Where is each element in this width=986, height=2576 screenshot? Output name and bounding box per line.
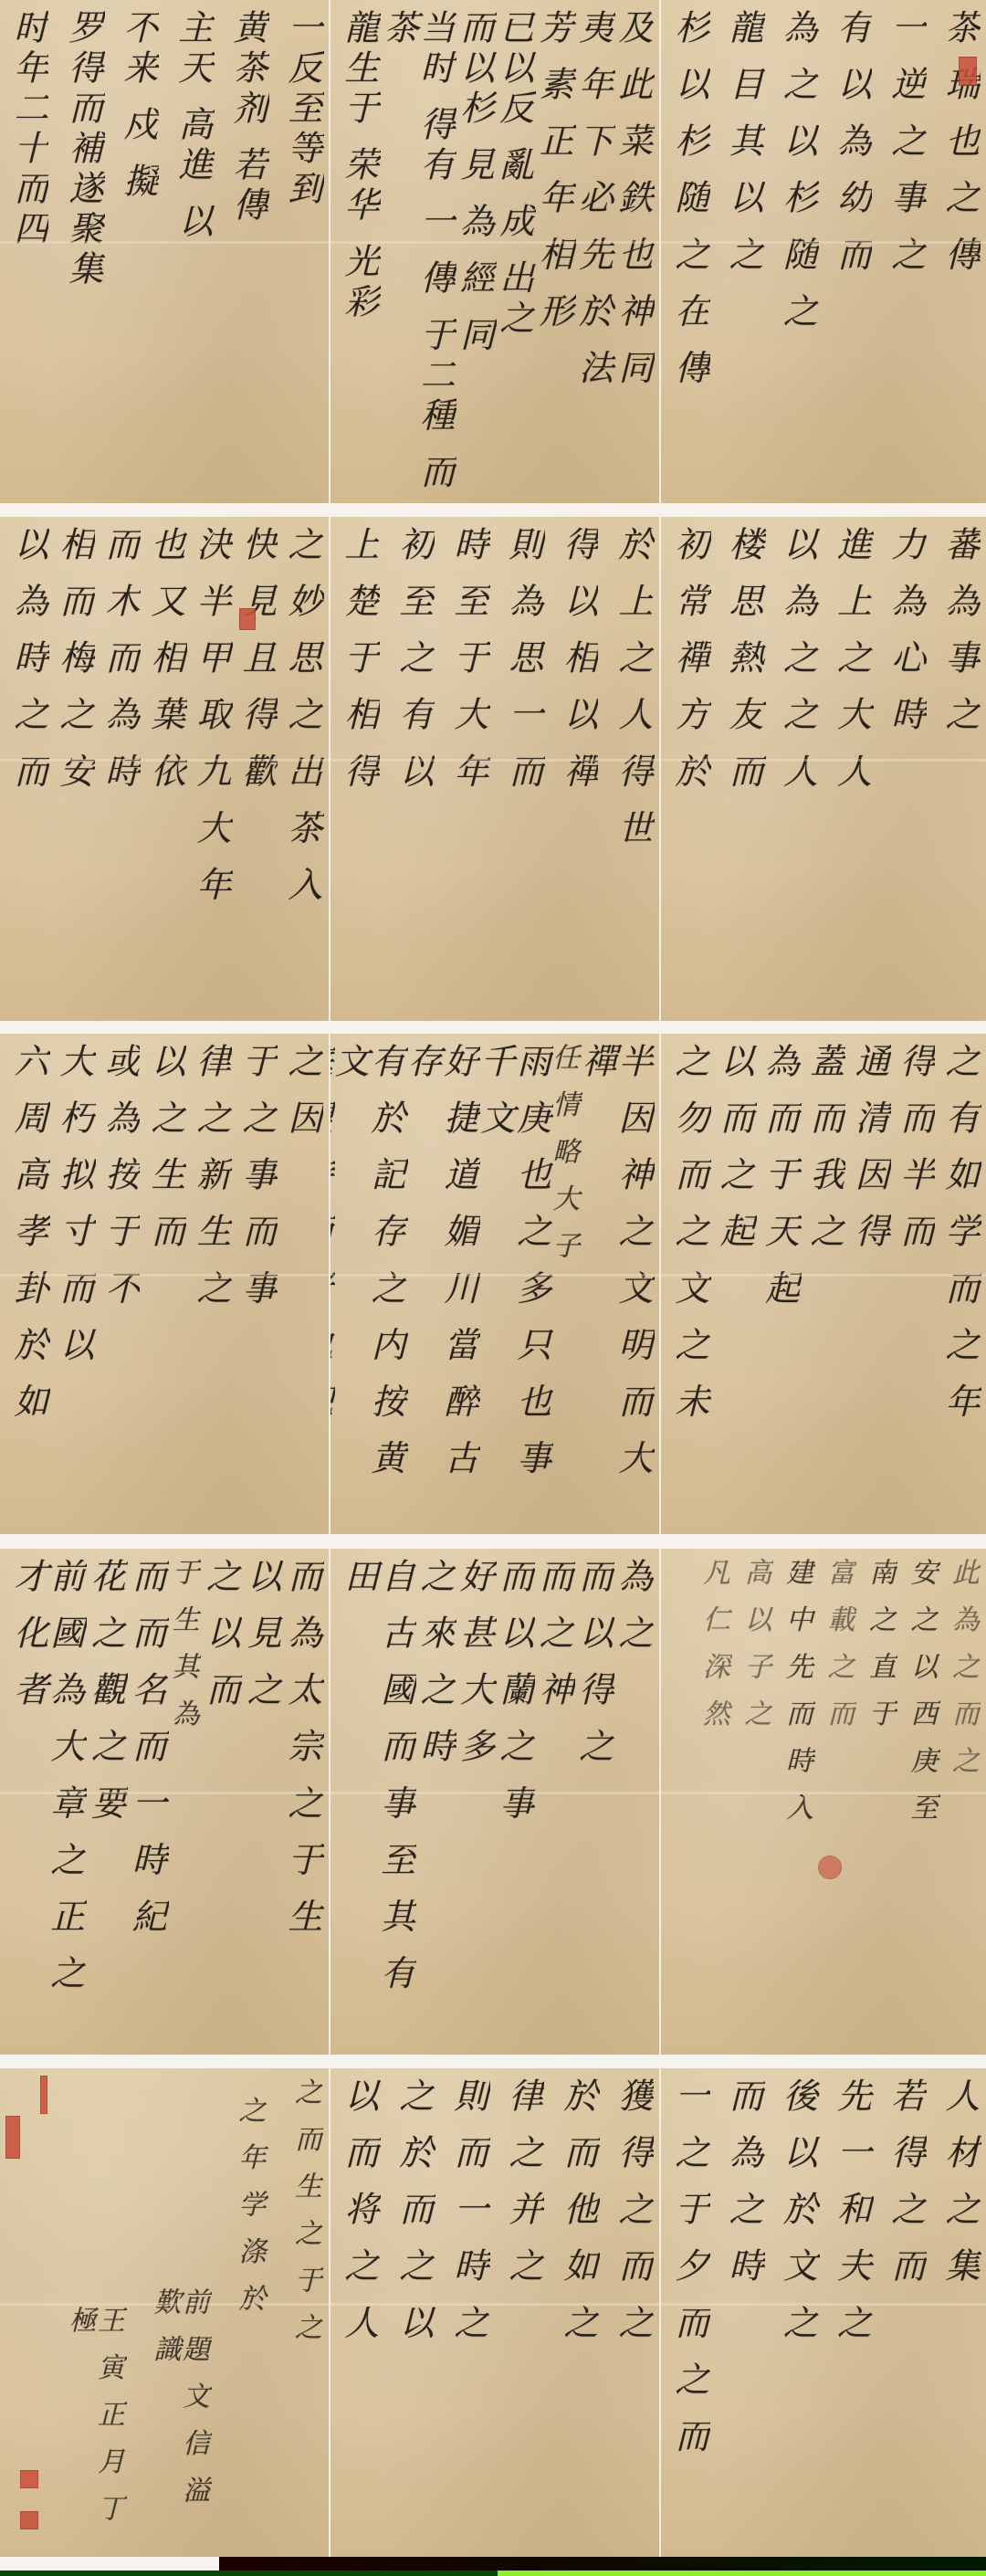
panel-5-1: 之 而 生 之 于 之 之 年 学 涤 於 前 題 文 信 溢 歎 識 王 寅 … xyxy=(0,2068,330,2557)
panel-1-1: 一反至等到 黄茶剂 若傳 主天 高進 以 不来 戍 擬 罗得而補遂聚集 时年二十… xyxy=(0,0,330,503)
text-column: 之 有 如 学 而 之 年 xyxy=(940,1043,977,1525)
text-column: 杉 以 杉 随 之 在 傳 xyxy=(670,9,707,494)
text-columns: 人 材 之 集 若 得 之 而 先 一 和 夫 之 後 以 於 文 之 而 為 … xyxy=(670,2077,977,2548)
scroll-strip-2: 之 妙 思 之 出 茶 入 快 見 且 得 歡 決 半 甲 取 九 大 年 也 … xyxy=(0,517,986,1021)
text-column: 蕃 為 事 之 xyxy=(940,526,977,1012)
panel-1-3: 茶 瑞 也 之 傳 一 逆 之 事 之 有 以 為 幼 而 為 之 以 杉 随 … xyxy=(661,0,986,503)
panel-3-1: 之 因 于 之 事 而 事 律 之 新 生 之 以 之 生 而 或 為 按 于 … xyxy=(0,1034,330,1534)
text-column: 大 朽 拟 寸 而 以 xyxy=(55,1043,91,1525)
text-column: 高 以 子 之 xyxy=(740,1558,770,2045)
panel-4-3: 此 為 之 而 之 安 之 以 西 庚 至 南 之 直 于 富 載 之 而 建 … xyxy=(661,1549,986,2055)
text-columns: 之 妙 思 之 出 茶 入 快 見 且 得 歡 決 半 甲 取 九 大 年 也 … xyxy=(9,526,320,1012)
text-column: 此 為 之 而 之 xyxy=(949,1558,978,2045)
text-column: 有 於 記 存 之 内 按 黄 文 xyxy=(330,1043,403,1525)
text-column: 為 之 xyxy=(614,1558,650,2045)
text-columns: 之 有 如 学 而 之 年 得 而 半 而 通 清 因 得 蓋 而 我 之 為 … xyxy=(670,1043,977,1525)
bottom-green-bar-right xyxy=(498,2571,986,2576)
text-column: 之 而 生 之 于 之 xyxy=(291,2077,320,2548)
text-column: 安 之 以 西 庚 至 xyxy=(907,1558,936,2045)
text-column: 為 而 于 天 起 xyxy=(760,1043,797,1525)
text-column: 上 楚 于 相 得 xyxy=(340,526,376,1012)
text-column: 黄茶剂 若傳 xyxy=(228,9,265,494)
scroll-strip-3: 之 因 于 之 事 而 事 律 之 新 生 之 以 之 生 而 或 為 按 于 … xyxy=(0,1034,986,1534)
text-columns: 而 為 太 宗 之 于 生 以 見 之 之 以 而 于 生 其 為 而 而 名 … xyxy=(9,1558,320,2045)
text-column: 雨 庚 也 之 多 只 也 事 千 文 xyxy=(476,1043,549,1525)
text-columns: 此 為 之 而 之 安 之 以 西 庚 至 南 之 直 于 富 載 之 而 建 … xyxy=(670,1558,977,2045)
text-column: 先 一 和 夫 之 xyxy=(833,2077,869,2548)
text-column: 花 之 觀 之 要 xyxy=(87,1558,123,2045)
collector-seal xyxy=(818,1856,842,1879)
panel-4-1: 而 為 太 宗 之 于 生 以 見 之 之 以 而 于 生 其 為 而 而 名 … xyxy=(0,1549,330,2055)
text-column: 以 而 之 起 xyxy=(715,1043,751,1525)
text-column: 若 得 之 而 xyxy=(886,2077,923,2548)
panel-3-3: 之 有 如 学 而 之 年 得 而 半 而 通 清 因 得 蓋 而 我 之 為 … xyxy=(661,1034,986,1534)
text-column: 有 以 為 幼 而 xyxy=(833,9,869,494)
text-column: 以 而 将 之 人 xyxy=(340,2077,376,2548)
panel-3-2: 半 因 神 之 文 明 而 大 禪 任 情 略 大 子 雨 庚 也 之 多 只 … xyxy=(330,1034,661,1534)
text-columns: 及 此 菜 鉄 也 神 同 夷 年 下 必 先 於 法 芳 素 正 年 相 形 … xyxy=(340,9,650,494)
text-column: 蓋 而 我 之 xyxy=(805,1043,842,1525)
text-column: 当时 得有 一 傳 于二種 而茶 xyxy=(379,9,452,494)
scroll-strip-1: 一反至等到 黄茶剂 若傳 主天 高進 以 不来 戍 擬 罗得而補遂聚集 时年二十… xyxy=(0,0,986,503)
text-column: 任 情 略 大 子 xyxy=(549,1043,578,1525)
text-column: 則 為 思 一 而 xyxy=(504,526,540,1012)
text-column: 律 之 新 生 之 xyxy=(192,1043,228,1525)
panel-5-2: 獲 得 之 而 之 於 而 他 如 之 律 之 并 之 則 而 一 時 之 之 … xyxy=(330,2068,661,2557)
collector-seal xyxy=(959,57,977,86)
text-column: 初 常 禪 方 於 xyxy=(670,526,707,1012)
collector-seal xyxy=(239,608,256,630)
text-column: 以 為 之 之 人 xyxy=(778,526,814,1012)
text-column: 时年二十而四 xyxy=(9,9,46,494)
panel-2-2: 於 上 之 人 得 世 得 以 相 以 禪 則 為 思 一 而 時 至 于 大 … xyxy=(330,517,661,1021)
text-column: 之 於 而 之 以 xyxy=(394,2077,431,2548)
text-column: 南 之 直 于 xyxy=(865,1558,895,2045)
text-column: 而 為 太 宗 之 于 生 xyxy=(283,1558,320,2045)
text-column: 於 上 之 人 得 世 xyxy=(614,526,650,1012)
panel-5-3: 人 材 之 集 若 得 之 而 先 一 和 夫 之 後 以 於 文 之 而 為 … xyxy=(661,2068,986,2557)
text-column: 獲 得 之 而 之 xyxy=(614,2077,650,2548)
text-column: 及 此 菜 鉄 也 神 同 xyxy=(614,9,650,494)
text-column: 而以杉 見 為 經 同 xyxy=(456,9,492,494)
bottom-dark-bar xyxy=(219,2557,986,2571)
text-column: 龍 目 其 以 之 xyxy=(724,9,760,494)
colophon-column: 前 題 文 信 溢 歎 識 xyxy=(150,2287,207,2548)
text-columns: 茶 瑞 也 之 傳 一 逆 之 事 之 有 以 為 幼 而 為 之 以 杉 随 … xyxy=(670,9,977,494)
text-column: 以 之 生 而 xyxy=(146,1043,183,1525)
text-columns: 獲 得 之 而 之 於 而 他 如 之 律 之 并 之 則 而 一 時 之 之 … xyxy=(340,2077,650,2548)
text-column: 進 上 之 大 人 xyxy=(833,526,869,1012)
text-columns: 蕃 為 事 之 力 為 心 時 進 上 之 大 人 以 為 之 之 人 楼 思 … xyxy=(670,526,977,1012)
text-column: 楼 思 熱 友 而 xyxy=(724,526,760,1012)
text-column: 律 之 并 之 xyxy=(504,2077,540,2548)
bottom-green-bar-left xyxy=(0,2571,498,2576)
text-column: 力 為 心 時 xyxy=(886,526,923,1012)
text-column: 芳 素 正 年 相 形 xyxy=(534,9,571,494)
text-column: 不来 戍 擬 xyxy=(119,9,155,494)
collector-seal xyxy=(5,2116,20,2159)
text-column: 自 古 國 而 事 至 其 有 田 xyxy=(340,1558,413,2045)
text-column: 之 年 学 涤 於 xyxy=(235,2096,264,2548)
text-column: 而 以 得 之 xyxy=(574,1558,611,2045)
text-column: 一 之 于 夕 而 之 而 xyxy=(670,2077,707,2548)
text-column: 決 半 甲 取 九 大 年 xyxy=(192,526,228,1012)
text-column: 已以反 亂 成 出之 xyxy=(495,9,531,494)
text-columns: 一反至等到 黄茶剂 若傳 主天 高進 以 不来 戍 擬 罗得而補遂聚集 时年二十… xyxy=(9,9,320,494)
text-column: 富 載 之 而 xyxy=(823,1558,853,2045)
scroll-strip-5: 之 而 生 之 于 之 之 年 学 涤 於 前 題 文 信 溢 歎 識 王 寅 … xyxy=(0,2068,986,2557)
text-column: 好 捷 道 媚 川 當 醉 古 存 xyxy=(403,1043,476,1525)
text-column: 人 材 之 集 xyxy=(940,2077,977,2548)
signature-column: 王 寅 正 月 丁 極 xyxy=(65,2306,122,2548)
text-column: 則 而 一 時 之 xyxy=(449,2077,486,2548)
text-column: 時 至 于 大 年 xyxy=(449,526,486,1012)
text-column: 為 之 以 杉 随 之 xyxy=(778,9,814,494)
panel-2-1: 之 妙 思 之 出 茶 入 快 見 且 得 歡 決 半 甲 取 九 大 年 也 … xyxy=(0,517,330,1021)
text-column: 於 而 他 如 之 xyxy=(559,2077,595,2548)
text-column: 得 以 相 以 禪 xyxy=(559,526,595,1012)
text-column: 以 見 之 xyxy=(242,1558,278,2045)
text-columns: 之 而 生 之 于 之 之 年 学 涤 於 前 題 文 信 溢 歎 識 王 寅 … xyxy=(9,2077,320,2548)
text-columns: 之 因 于 之 事 而 事 律 之 新 生 之 以 之 生 而 或 為 按 于 … xyxy=(9,1043,320,1525)
text-column: 半 因 神 之 文 明 而 大 禪 xyxy=(577,1043,650,1525)
panel-1-2: 及 此 菜 鉄 也 神 同 夷 年 下 必 先 於 法 芳 素 正 年 相 形 … xyxy=(330,0,661,503)
text-column: 一 逆 之 事 之 xyxy=(886,9,923,494)
text-column: 通 清 因 得 xyxy=(850,1043,886,1525)
text-column: 而 為 之 時 xyxy=(724,2077,760,2548)
text-column: 六 周 高 孝 卦 於 如 xyxy=(9,1043,46,1525)
artist-seal xyxy=(20,2511,38,2529)
text-column: 主天 高進 以 xyxy=(173,9,210,494)
text-column: 以 為 時 之 而 xyxy=(9,526,46,1012)
text-column: 快 見 且 得 歡 xyxy=(237,526,274,1012)
text-column: 之 以 而 xyxy=(202,1558,238,2045)
text-column: 罗得而補遂聚集 xyxy=(64,9,100,494)
text-column: 或 為 按 于 不 xyxy=(100,1043,137,1525)
text-column: 凡 仁 深 然 xyxy=(699,1558,729,2045)
collector-seal xyxy=(40,2076,47,2114)
text-column: 而 之 神 xyxy=(534,1558,571,2045)
text-column: 初 至 之 有 以 xyxy=(394,526,431,1012)
scroll-strip-4: 而 為 太 宗 之 于 生 以 見 之 之 以 而 于 生 其 為 而 而 名 … xyxy=(0,1549,986,2055)
text-column: 夷 年 下 必 先 於 法 xyxy=(574,9,611,494)
text-column: 而 木 而 為 時 xyxy=(100,526,137,1012)
text-column: 也 又 相 葉 依 xyxy=(146,526,183,1012)
panel-2-3: 蕃 為 事 之 力 為 心 時 進 上 之 大 人 以 為 之 之 人 楼 思 … xyxy=(661,517,986,1021)
text-column: 得 而 半 而 xyxy=(896,1043,932,1525)
text-column: 于 生 其 為 xyxy=(168,1558,197,2045)
text-column: 而 以 蘭 之 事 xyxy=(495,1558,531,2045)
text-column: 前 國 為 大 章 之 正 之 才 化 者 xyxy=(9,1558,82,2045)
panel-4-2: 為 之 而 以 得 之 而 之 神 而 以 蘭 之 事 好 甚 大 多 之 來 … xyxy=(330,1549,661,2055)
text-column: 好 甚 大 多 xyxy=(456,1558,492,2045)
text-column: 龍生于 荣华 光彩 xyxy=(340,9,376,494)
text-columns: 半 因 神 之 文 明 而 大 禪 任 情 略 大 子 雨 庚 也 之 多 只 … xyxy=(340,1043,650,1525)
text-column: 之 因 xyxy=(283,1043,320,1525)
text-columns: 於 上 之 人 得 世 得 以 相 以 禪 則 為 思 一 而 時 至 于 大 … xyxy=(340,526,650,1012)
text-columns: 為 之 而 以 得 之 而 之 神 而 以 蘭 之 事 好 甚 大 多 之 來 … xyxy=(340,1558,650,2045)
text-column: 之 來 之 時 xyxy=(415,1558,452,2045)
text-column: 建 中 先 而 時 入 xyxy=(782,1558,812,2045)
text-column: 相 而 梅 之 安 xyxy=(55,526,91,1012)
text-column: 之 勿 而 之 文 之 未 xyxy=(670,1043,707,1525)
text-column: 而 而 名 而 一 時 紀 xyxy=(127,1558,163,2045)
text-column: 于 之 事 而 事 xyxy=(237,1043,274,1525)
text-column: 一反至等到 xyxy=(283,9,320,494)
text-column: 之 妙 思 之 出 茶 入 xyxy=(283,526,320,1012)
artist-seal xyxy=(20,2470,38,2488)
text-column: 後 以 於 文 之 xyxy=(778,2077,814,2548)
